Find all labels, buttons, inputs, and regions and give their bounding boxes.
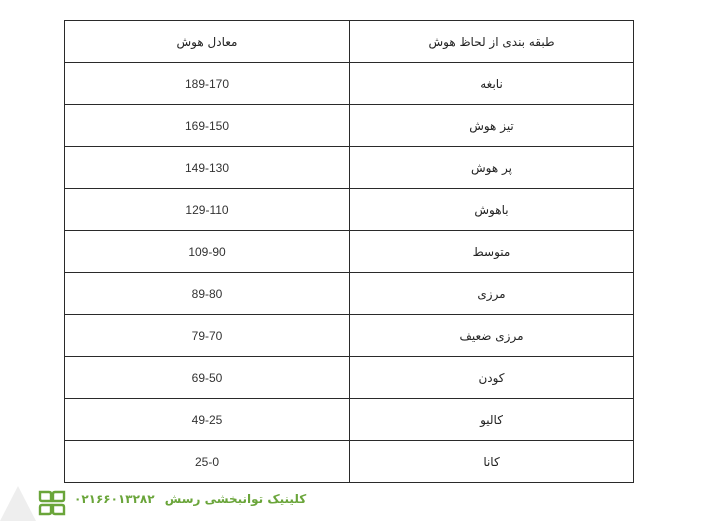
iq-range-cell: 129-110 bbox=[65, 189, 350, 231]
clinic-leaf-logo-icon bbox=[37, 489, 67, 517]
iq-range-cell: 89-80 bbox=[65, 273, 350, 315]
table-row: مرزی 89-80 bbox=[65, 273, 634, 315]
table-row: متوسط 109-90 bbox=[65, 231, 634, 273]
table-row: نابغه 189-170 bbox=[65, 63, 634, 105]
iq-range-cell: 79-70 bbox=[65, 315, 350, 357]
iq-range-cell: 189-170 bbox=[65, 63, 350, 105]
table-row: مرزی ضعیف 79-70 bbox=[65, 315, 634, 357]
table-row: کودن 69-50 bbox=[65, 357, 634, 399]
clinic-brand-text: کلینیک توانبخشی رسش ۰۲۱۶۶۰۱۳۲۸۲ bbox=[74, 492, 306, 506]
table-row: کانا 25-0 bbox=[65, 441, 634, 483]
clinic-name: کلینیک توانبخشی رسش bbox=[165, 492, 306, 506]
classification-cell: مرزی bbox=[350, 273, 634, 315]
classification-cell: پر هوش bbox=[350, 147, 634, 189]
classification-cell: مرزی ضعیف bbox=[350, 315, 634, 357]
decorative-triangle-icon bbox=[0, 486, 36, 521]
iq-range-cell: 49-25 bbox=[65, 399, 350, 441]
table-row: تیز هوش 169-150 bbox=[65, 105, 634, 147]
iq-range-cell: 149-130 bbox=[65, 147, 350, 189]
clinic-footer: کلینیک توانبخشی رسش ۰۲۱۶۶۰۱۳۲۸۲ bbox=[0, 480, 320, 521]
classification-cell: کودن bbox=[350, 357, 634, 399]
clinic-phone: ۰۲۱۶۶۰۱۳۲۸۲ bbox=[74, 492, 155, 506]
table-row: پر هوش 149-130 bbox=[65, 147, 634, 189]
header-iq-equivalent: معادل هوش bbox=[65, 21, 350, 63]
iq-classification-table: طبقه بندی از لحاظ هوش معادل هوش نابغه 18… bbox=[64, 20, 634, 483]
classification-cell: باهوش bbox=[350, 189, 634, 231]
classification-cell: نابغه bbox=[350, 63, 634, 105]
iq-range-cell: 25-0 bbox=[65, 441, 350, 483]
table-header-row: طبقه بندی از لحاظ هوش معادل هوش bbox=[65, 21, 634, 63]
table-row: کالیو 49-25 bbox=[65, 399, 634, 441]
table-row: باهوش 129-110 bbox=[65, 189, 634, 231]
header-classification: طبقه بندی از لحاظ هوش bbox=[350, 21, 634, 63]
classification-cell: تیز هوش bbox=[350, 105, 634, 147]
iq-range-cell: 169-150 bbox=[65, 105, 350, 147]
iq-range-cell: 109-90 bbox=[65, 231, 350, 273]
classification-cell: متوسط bbox=[350, 231, 634, 273]
iq-range-cell: 69-50 bbox=[65, 357, 350, 399]
classification-cell: کالیو bbox=[350, 399, 634, 441]
classification-cell: کانا bbox=[350, 441, 634, 483]
